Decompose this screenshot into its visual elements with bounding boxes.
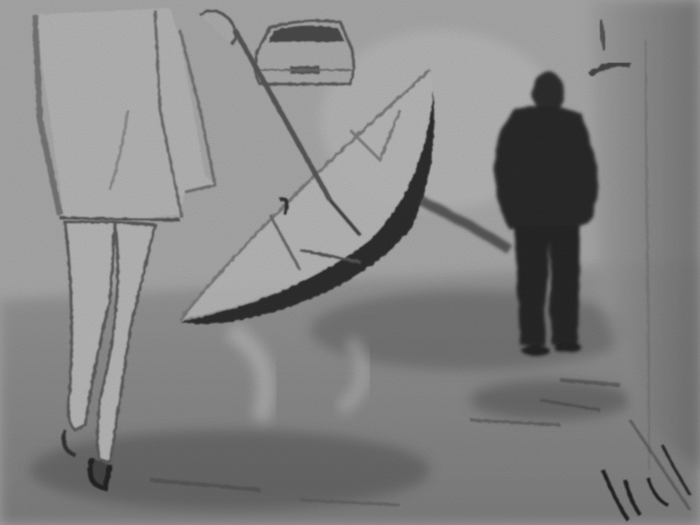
sketch-canvas	[0, 0, 700, 525]
car	[255, 21, 353, 84]
charcoal-sketch: Rainy street scene: woman in a coat with…	[0, 0, 700, 525]
